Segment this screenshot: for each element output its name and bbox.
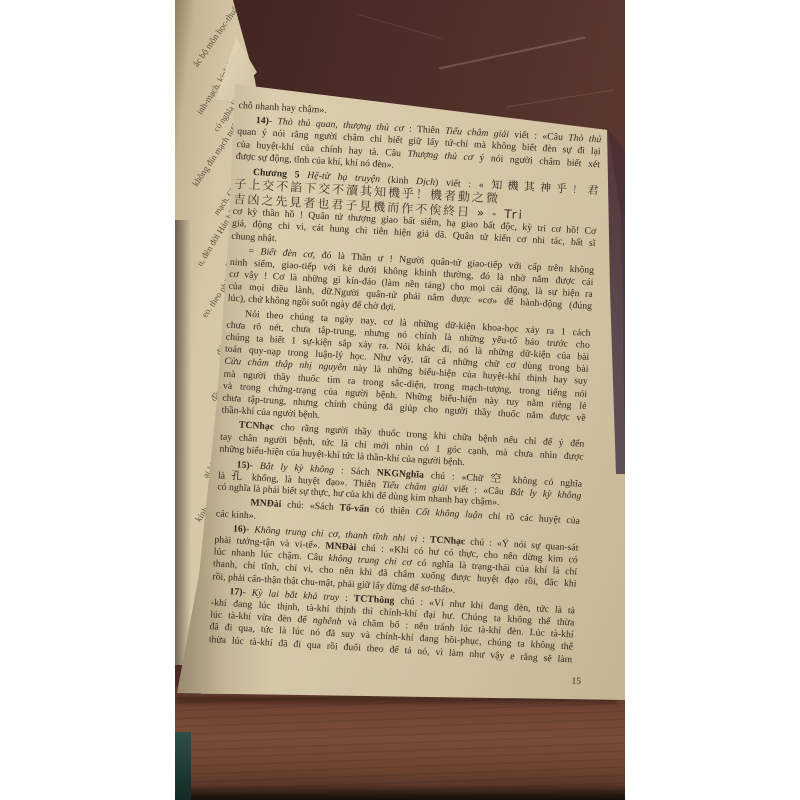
- handwritten-cjk-char: 孔: [231, 469, 246, 483]
- dark-corner-object: [175, 732, 191, 800]
- handwritten-cjk-char: 知: [491, 178, 508, 192]
- page-text: chỗ nhanh hay chậm».14)- Thò thủ quan, t…: [207, 100, 602, 687]
- book-photograph: ắc bộ môn học-thuật vềinh-mạch, kinh-huy…: [0, 0, 800, 800]
- wood-scratch: [438, 36, 585, 69]
- wood-scratch: [506, 89, 615, 107]
- wood-scratch: [357, 14, 444, 40]
- handwritten-cjk-char: 其: [523, 180, 540, 194]
- gutter-shadow: [175, 220, 191, 665]
- handwritten-cjk-char: 機: [507, 179, 524, 193]
- handwritten-cjk-char: 空: [490, 472, 506, 486]
- paragraph: Nói theo chúng ta ngày nay, cơ là những …: [221, 307, 591, 437]
- handwritten-cjk-char: 乎: [556, 182, 573, 196]
- handwritten-cjk-char: 神: [540, 181, 557, 195]
- photo-region: ắc bộ môn học-thuật vềinh-mạch, kinh-huy…: [175, 0, 625, 800]
- handwritten-cjk-char: 君: [587, 184, 599, 198]
